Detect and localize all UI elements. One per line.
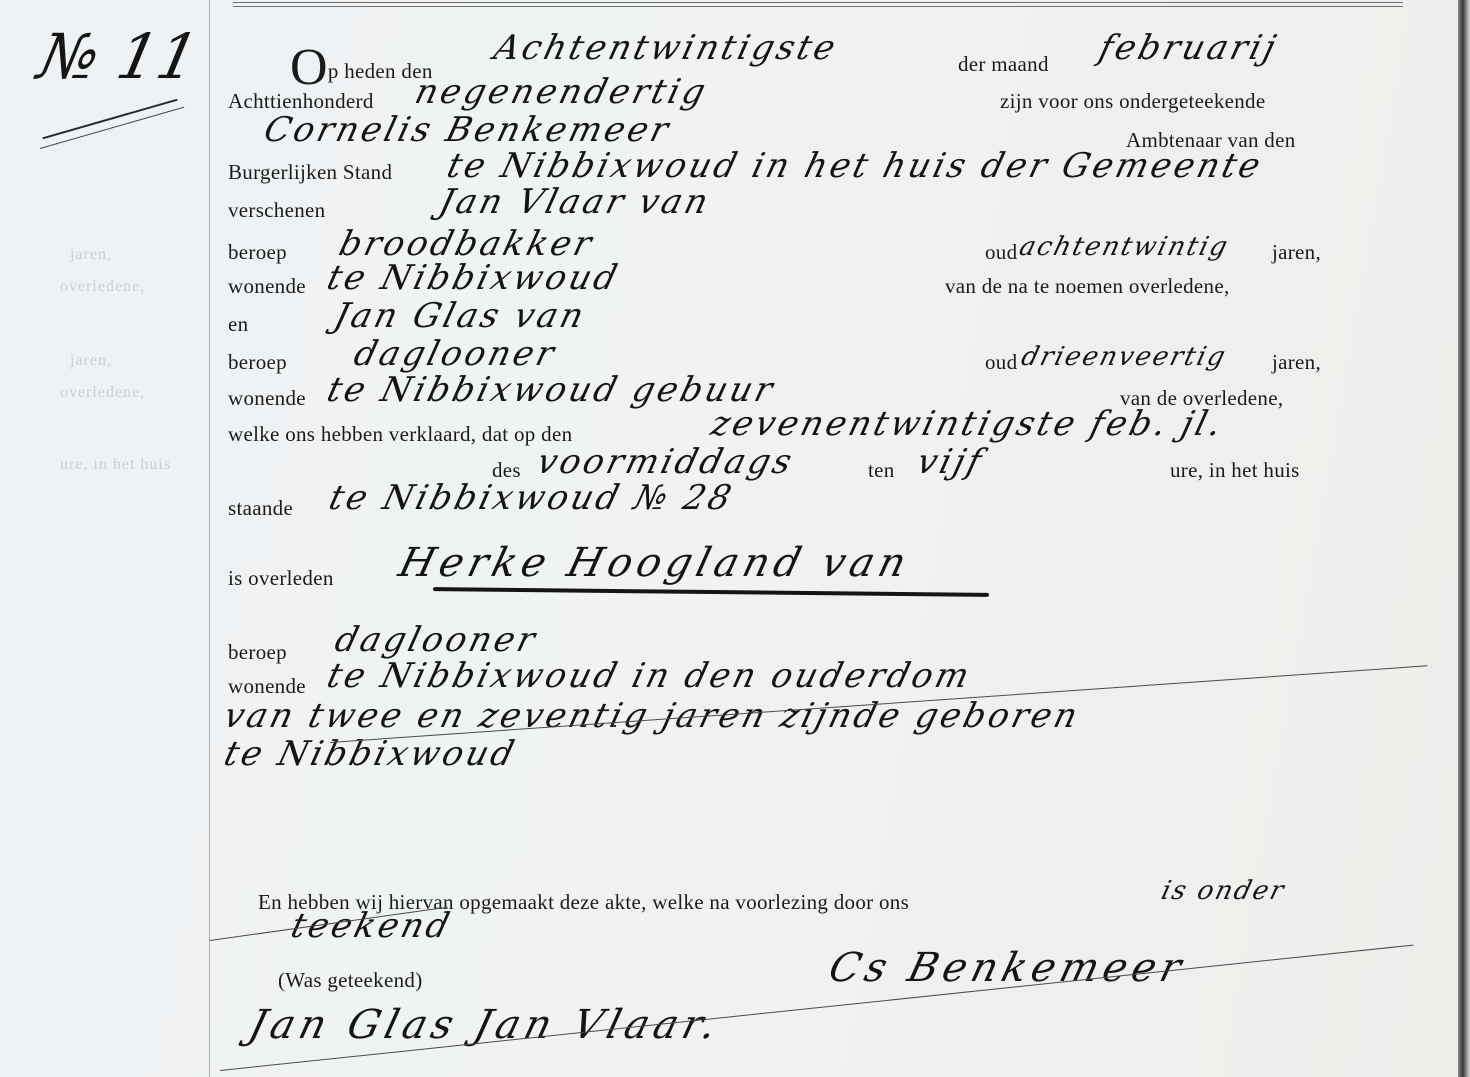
printed-text: wonende	[228, 274, 306, 299]
printed-text: ure, in het huis	[1170, 458, 1300, 483]
drop-cap: O	[290, 39, 328, 96]
act-number: № 11	[32, 20, 205, 93]
printed-text: jaren,	[1272, 350, 1321, 375]
flourish-stroke	[40, 107, 184, 149]
printed-text: Burgerlijken Stand	[228, 160, 392, 185]
hand-residence-1: te Nibbixwoud	[323, 258, 624, 298]
hand-month: februarij	[1095, 28, 1283, 68]
printed-text: zijn voor ons ondergeteekende	[1000, 89, 1265, 114]
hand-occupation-2: daglooner	[350, 334, 561, 374]
printed-opening: Op heden den	[290, 42, 433, 94]
hand-age-1: achtentwintig	[1016, 232, 1232, 262]
hand-year: negenendertig	[411, 72, 712, 112]
hand-signed: is onder	[1158, 876, 1288, 906]
ghost-text: overledene,	[60, 278, 145, 296]
printed-text: en	[228, 312, 248, 337]
top-double-rule	[233, 2, 1403, 7]
deceased-name-underline	[433, 587, 989, 597]
margin-rule	[209, 0, 210, 1077]
ghost-text: jaren,	[70, 352, 112, 370]
hand-residence-3: te Nibbixwoud in den ouderdom	[323, 656, 976, 696]
ghost-text: ure, in het huis	[60, 456, 171, 474]
hand-death-date: zevenentwintigste feb. jl.	[707, 404, 1228, 444]
printed-text: oud	[985, 240, 1017, 265]
ghost-text: jaren,	[70, 246, 112, 264]
printed-text: van de na te noemen overledene,	[945, 274, 1230, 299]
printed-text: verschenen	[228, 198, 325, 223]
hand-residence-2: te Nibbixwoud gebuur	[323, 370, 780, 410]
printed-text: welke ons hebben verklaard, dat op den	[228, 422, 572, 447]
hand-time-of-day: voormiddags	[533, 442, 799, 482]
register-page: jaren, overledene, jaren, overledene, ur…	[0, 0, 1458, 1077]
printed-text: wonende	[228, 386, 306, 411]
hand-deceased-name: Herke Hoogland van	[394, 540, 915, 586]
hand-house: te Nibbixwoud № 28	[325, 478, 738, 518]
hand-witness-2: Jan Glas van	[330, 296, 591, 336]
printed-text: p heden den	[328, 59, 433, 83]
hand-place: te Nibbixwoud in het huis der Gemeente	[443, 146, 1267, 186]
hand-hour: vijf	[913, 442, 988, 482]
printed-text: beroep	[228, 640, 287, 665]
printed-text: oud	[985, 350, 1017, 375]
printed-text: beroep	[228, 350, 287, 375]
page-binding-edge	[1458, 0, 1470, 1077]
hand-occupation-3: daglooner	[331, 620, 542, 660]
printed-text: jaren,	[1272, 240, 1321, 265]
printed-text: is overleden	[228, 566, 334, 591]
hand-age-birth: van twee en zeventig jaren zijnde gebore…	[220, 696, 1084, 736]
ghost-text: overledene,	[60, 384, 145, 402]
hand-day: Achtentwintigste	[490, 28, 842, 68]
hand-age-2: drieenveertig	[1018, 342, 1230, 372]
printed-text: beroep	[228, 240, 287, 265]
signature-official: Cs Benkemeer	[824, 945, 1190, 991]
hand-official-name: Cornelis Benkemeer	[260, 110, 675, 150]
printed-text: staande	[228, 496, 293, 521]
printed-was-signed: (Was geteekend)	[278, 968, 423, 993]
hand-witness-1: Jan Vlaar van	[435, 182, 715, 222]
printed-text: ten	[868, 458, 895, 483]
act-number-underline	[42, 99, 177, 140]
printed-text: der maand	[958, 52, 1049, 77]
